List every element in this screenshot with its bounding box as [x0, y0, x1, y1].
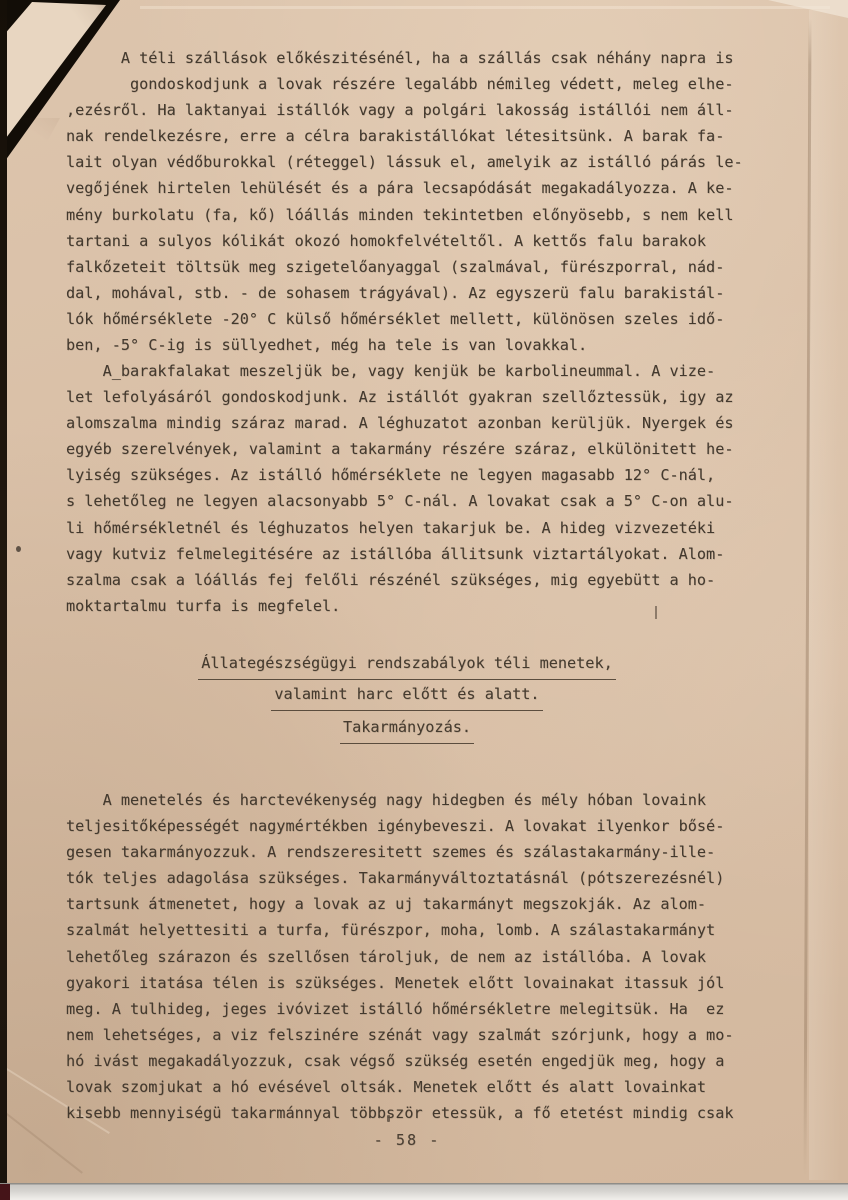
- page-number: - 58 -: [66, 1131, 748, 1149]
- typewritten-line: A_barakfalakat meszeljük be, vagy kenjük…: [66, 358, 766, 384]
- typewritten-line: lyiség szükséges. Az istálló hőmérséklet…: [66, 462, 766, 488]
- typewritten-line: tók teljes adagolása szükséges. Takarmán…: [66, 865, 766, 891]
- typewritten-line: gondoskodjunk a lovak részére legalább n…: [66, 71, 766, 97]
- typewritten-line: A téli szállások előkészitésénél, ha a s…: [66, 45, 766, 71]
- typewritten-line: tartani a sulyos kólikát okozó homokfelv…: [66, 228, 766, 254]
- typewritten-line: nem lehetséges, a viz felszinére szénát …: [66, 1022, 766, 1048]
- typewritten-line: ben, -5° C-ig is süllyedhet, még ha tele…: [66, 332, 766, 358]
- typewritten-line: li hőmérsékletnél és léghuzatos helyen t…: [66, 515, 766, 541]
- typewritten-line: szalmát helyettesiti a turfa, fürészpor,…: [66, 917, 766, 943]
- typewritten-line: vegőjének hirtelen lehülését és a pára l…: [66, 175, 766, 201]
- left-page-edge: [0, 0, 7, 1185]
- scanner-bottom-strip: [0, 1183, 848, 1200]
- typewritten-line: s lehetőleg ne legyen alacsonyabb 5° C-n…: [66, 488, 766, 514]
- typewritten-line: gesen takarmányozzuk. A rendszeresitett …: [66, 839, 766, 865]
- top-crease: [140, 6, 830, 9]
- stray-ink-tick: [655, 606, 657, 619]
- bottom-left-dark-mark: [0, 1184, 10, 1200]
- typewritten-line: lait olyan védőburokkal (réteggel) lássu…: [66, 149, 766, 175]
- typewritten-line: nak rendelkezésre, erre a célra barakist…: [66, 123, 766, 149]
- typewritten-line: vagy kutviz felmelegitésére az istállóba…: [66, 541, 766, 567]
- subsection-heading-text: Takarmányozás.: [340, 713, 474, 744]
- typewritten-line: A menetelés és harctevékenység nagy hide…: [66, 787, 766, 813]
- stray-ink-dot: [16, 546, 21, 552]
- typewritten-line: moktartalmu turfa is megfelel.: [66, 593, 766, 619]
- typewritten-line: kisebb mennyiségü takarmánnyal többször …: [66, 1100, 766, 1126]
- typewritten-line: lovak szomjukat a hó evésével oltsák. Me…: [66, 1074, 766, 1100]
- typewritten-line: gyakori itatása télen is szükséges. Mene…: [66, 970, 766, 996]
- typewritten-line: tartsunk átmenetet, hogy a lovak az uj t…: [66, 891, 766, 917]
- typewritten-line: mény burkolatu (fa, kő) lóállás minden t…: [66, 202, 766, 228]
- typewritten-line: alomszalma mindig száraz marad. A léghuz…: [66, 410, 766, 436]
- typewritten-line: teljesitőképességét nagymértékben igényb…: [66, 813, 766, 839]
- typewritten-line: ,ezésről. Ha laktanyai istállók vagy a p…: [66, 97, 766, 123]
- typewritten-line: dal, mohával, stb. - de sohasem trágyáva…: [66, 280, 766, 306]
- section-heading-line2: valamint harc előtt és alatt.: [271, 680, 542, 711]
- subsection-heading: Takarmányozás.: [66, 713, 748, 744]
- typewritten-line: let lefolyásáról gondoskodjunk. Az istál…: [66, 384, 766, 410]
- scanned-document: A téli szállások előkészitésénél, ha a s…: [0, 0, 848, 1200]
- typewritten-line: falkőzeteit töltsük meg szigetelőanyagga…: [66, 254, 766, 280]
- paragraph-winter-quarters: A téli szállások előkészitésénél, ha a s…: [66, 45, 766, 358]
- typewritten-line: lók hőmérséklete -20° C külső hőmérsékle…: [66, 306, 766, 332]
- typewritten-line: lehetőleg szárazon és szellősen tároljuk…: [66, 944, 766, 970]
- section-heading: Állategészségügyi rendszabályok téli men…: [66, 649, 748, 711]
- paragraph-barrack-walls: A_barakfalakat meszeljük be, vagy kenjük…: [66, 358, 766, 619]
- right-crease-highlight: [809, 10, 841, 1180]
- stray-ink-apostrophe: [387, 1115, 390, 1122]
- paragraph-feeding: A menetelés és harctevékenység nagy hide…: [66, 787, 766, 1126]
- typewritten-line: meg. A tulhideg, jeges ivóvizet istálló …: [66, 996, 766, 1022]
- section-heading-line1: Állategészségügyi rendszabályok téli men…: [198, 649, 615, 680]
- typewritten-line: egyéb szerelvények, valamint a takarmány…: [66, 436, 766, 462]
- typewritten-line: hó ivást megakadályozzuk, csak végső szü…: [66, 1048, 766, 1074]
- typewritten-line: szalma csak a lóállás fej felőli részéné…: [66, 567, 766, 593]
